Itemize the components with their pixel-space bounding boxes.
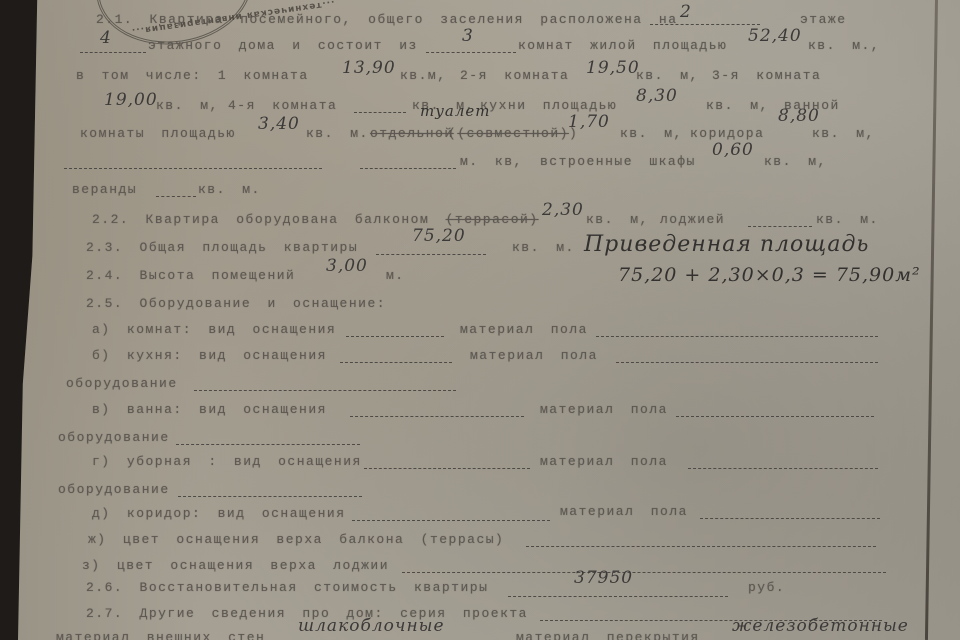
label: веранды (72, 182, 137, 197)
toilet-area: 1,70 (568, 112, 610, 132)
blank-field (350, 404, 524, 421)
label: 3-я комната (712, 68, 821, 83)
section-2-3: 2.3. Общая площадь квартиры (86, 240, 358, 255)
unit: кв. м, (812, 126, 875, 141)
section-2-6: 2.6. Восстановительная стоимость квартир… (86, 580, 488, 595)
living-area-value: 52,40 (748, 26, 802, 46)
equipment-bath-label: в) ванна: вид оснащения (92, 402, 327, 417)
loggia-field (748, 214, 812, 231)
unit: кв. м, (636, 68, 699, 83)
blank-field (176, 432, 360, 449)
restoration-cost: 37950 (574, 568, 633, 588)
unit: кв. м., (808, 38, 880, 53)
storeys-field (80, 40, 146, 57)
total-area-value: 75,20 (412, 226, 466, 246)
section-2-4: 2.4. Высота помещений (86, 268, 295, 283)
label: комнаты площадью (80, 126, 236, 141)
bathroom-area: 3,40 (258, 114, 300, 134)
unit: кв. м. (198, 182, 261, 197)
veranda-field (156, 184, 196, 201)
label: оборудование (58, 482, 170, 497)
room-3-area: 19,00 (104, 90, 158, 110)
label: оборудование (58, 430, 170, 445)
room-2-area: 19,50 (586, 58, 640, 78)
handwritten-note-calculation: 75,20 + 2,30×0,3 = 75,90м² (618, 264, 921, 286)
unit: кв. м. (512, 240, 575, 255)
unit: кв. м. (816, 212, 879, 227)
label: 2-я комната (460, 68, 569, 83)
struck-text: ((совместной)) (448, 126, 578, 141)
blank-field (402, 560, 886, 577)
unit: м. кв, (460, 154, 523, 169)
unit: кв. м. (306, 126, 369, 141)
unit: кв. м, (586, 212, 649, 227)
rooms-text: комнат жилой площадью (518, 38, 727, 53)
unit: руб. (748, 580, 785, 595)
section-2-5: 2.5. Оборудование и оснащение: (86, 296, 386, 311)
floor-suffix: этаже (800, 12, 847, 27)
blank-field (360, 156, 456, 173)
wall-material: шлакоблочные (298, 616, 445, 636)
equipment-rooms-label: а) комнат: вид оснащения (92, 322, 336, 337)
equipment-toilet-label: г) уборная : вид оснащения (92, 454, 362, 469)
label: материал пола (470, 348, 598, 363)
kitchen-area: 8,30 (636, 86, 678, 106)
label: коридора (690, 126, 764, 141)
label: материал пола (460, 322, 588, 337)
blank-field (364, 456, 530, 473)
unit: кв. м, (706, 98, 769, 113)
struck-text: отдельной (370, 126, 454, 141)
ceiling-height: 3,00 (326, 256, 368, 276)
handwritten-note-title: Приведенная площадь (584, 232, 869, 257)
label: материал пола (560, 504, 688, 519)
section-2-2: 2.2. Квартира оборудована балконом (терр… (92, 212, 539, 227)
balcony-color-label: ж) цвет оснащения верха балкона (террасы… (88, 532, 504, 547)
label: материал перекрытия (516, 630, 700, 640)
blank-field (352, 508, 550, 525)
blank-field (340, 350, 452, 367)
balcony-area: 2,30 (542, 200, 584, 220)
blank-field (676, 404, 874, 421)
room-1-area: 13,90 (342, 58, 396, 78)
rooms-breakdown-label: в том числе: 1 комната (76, 68, 309, 83)
storeys-value: 4 (100, 28, 112, 48)
floor-field (650, 12, 760, 29)
blank-field (700, 506, 880, 523)
corridor-area: 8,80 (778, 106, 820, 126)
toilet-handwritten: туалет (420, 102, 491, 120)
unit: кв. м, (156, 98, 219, 113)
label: 4-я комната (228, 98, 337, 113)
rooms-value: 3 (462, 26, 474, 46)
unit: кв. м, (764, 154, 827, 169)
unit: м. (386, 268, 405, 283)
label: материал внешних стен (56, 630, 265, 640)
blank-field (194, 378, 456, 395)
ceiling-material: железобетонные (732, 616, 909, 636)
blank-field (616, 350, 878, 367)
blank-field (64, 156, 322, 173)
room-4-field (354, 100, 406, 117)
unit: кв. м, (620, 126, 683, 141)
unit: кв.м, (400, 68, 447, 83)
loggia-color-label: з) цвет оснащения верха лоджии (82, 558, 389, 573)
label: материал пола (540, 454, 668, 469)
blank-field (346, 324, 444, 341)
closets-area: 0,60 (712, 140, 754, 160)
storeys-text: этажного дома и состоит из (148, 38, 418, 53)
equipment-corridor-label: д) коридор: вид оснащения (92, 506, 346, 521)
equipment-kitchen-label: б) кухня: вид оснащения (92, 348, 327, 363)
label: лоджией (660, 212, 725, 227)
label: материал пола (540, 402, 668, 417)
blank-field (688, 456, 878, 473)
section-number: 2.1. (96, 12, 133, 27)
label: встроенные шкафы (540, 154, 696, 169)
section-2-1-line-1: 2.1. Квартира посемейного, общего заселе… (96, 12, 678, 27)
blank-field (596, 324, 878, 341)
blank-field (526, 534, 876, 551)
label: кухни площадью (480, 98, 617, 113)
label: Квартира посемейного, общего заселения р… (150, 12, 678, 27)
blank-field (178, 484, 362, 501)
label: оборудование (66, 376, 178, 391)
